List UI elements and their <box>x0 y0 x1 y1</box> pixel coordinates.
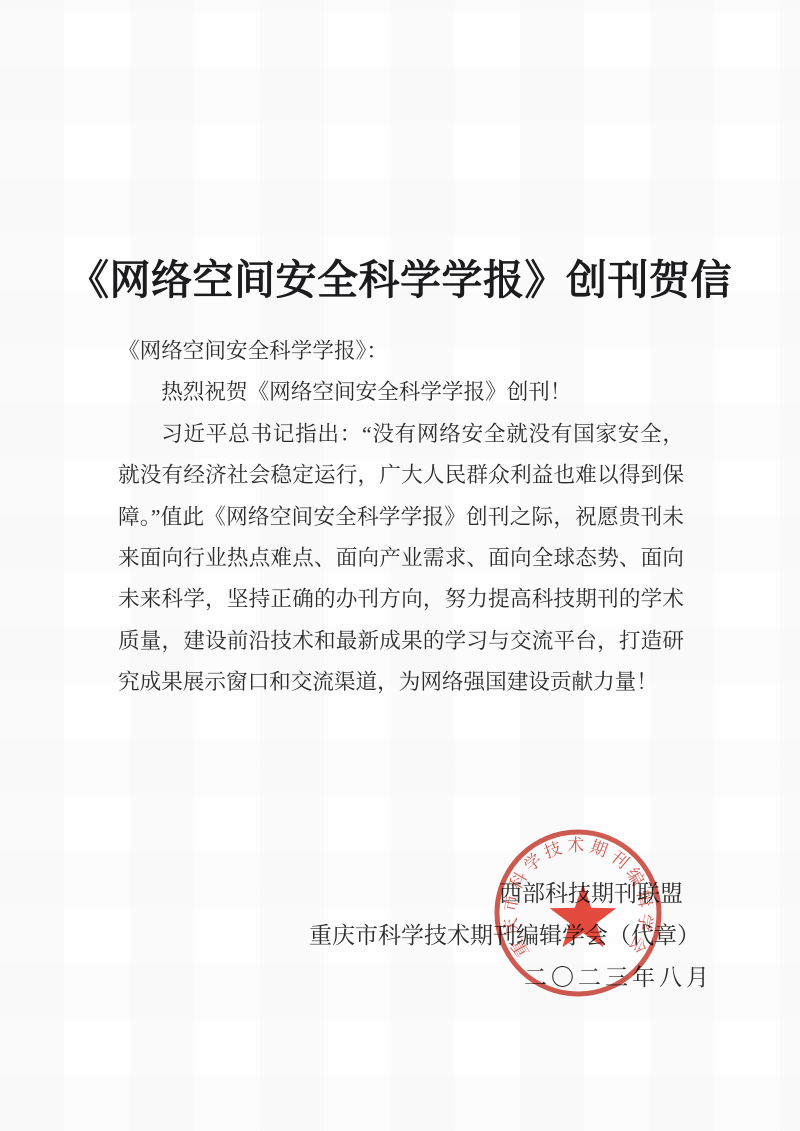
paragraph-congratulation: 热烈祝贺《网络空间安全科学学报》创刊！ <box>118 372 684 413</box>
page-title: 《网络空间安全科学学报》创刊贺信 <box>0 255 800 306</box>
letter-page: 《网络空间安全科学学报》创刊贺信 《网络空间安全科学学报》： 热烈祝贺《网络空间… <box>0 0 800 1131</box>
signature-org-society: 重庆市科学技术期刊编辑学会（代章） <box>309 915 713 957</box>
signature-block: 西部科技期刊联盟 重庆市科学技术期刊编辑学会（代章） 二〇二三年八月 <box>309 873 713 999</box>
signature-date: 二〇二三年八月 <box>309 957 713 999</box>
letter-body: 《网络空间安全科学学报》： 热烈祝贺《网络空间安全科学学报》创刊！ 习近平总书记… <box>118 331 684 704</box>
signature-org-alliance: 西部科技期刊联盟 <box>309 873 713 915</box>
salutation-line: 《网络空间安全科学学报》： <box>118 331 684 372</box>
paragraph-main: 习近平总书记指出：“没有网络安全就没有国家安全，就没有经济社会稳定运行，广大人民… <box>118 414 684 704</box>
